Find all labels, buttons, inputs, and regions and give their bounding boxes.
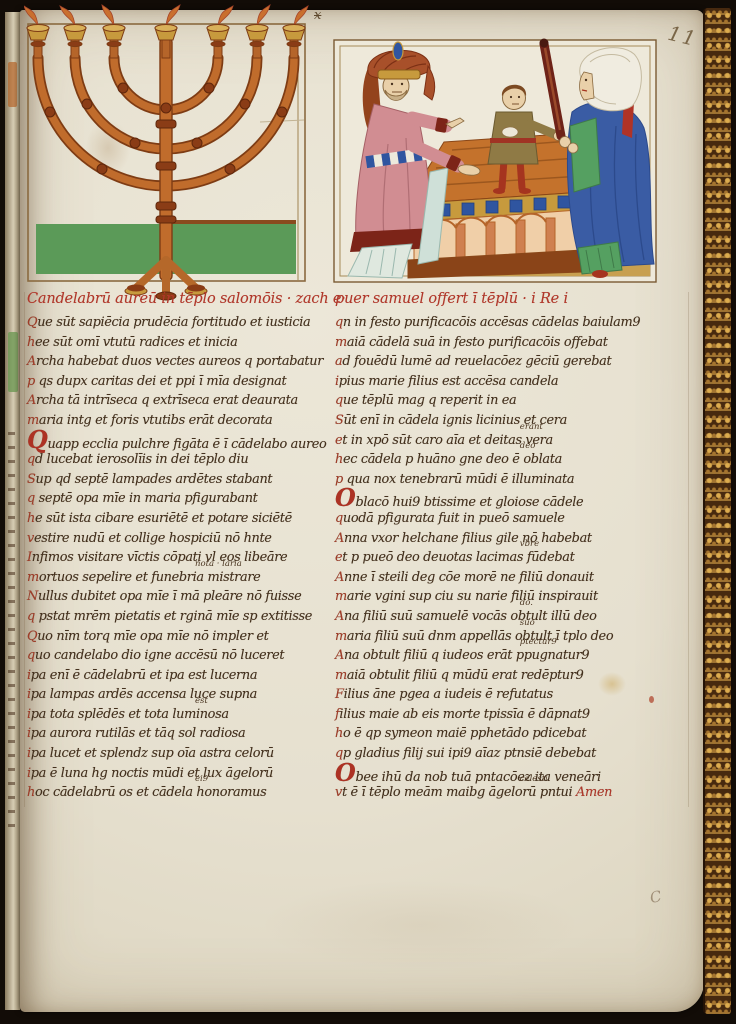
- text-line: Que sūt sapiēcia prudēcia fortitudo et i…: [27, 313, 327, 333]
- text-line: Archa habebat duos vectes aureos q porta…: [27, 352, 327, 372]
- interlinear-gloss: suo: [520, 619, 535, 627]
- ruling-line-left: [24, 292, 25, 807]
- interlinear-gloss: vbre: [520, 540, 539, 548]
- interlinear-gloss: erant: [520, 423, 543, 431]
- text-line: marie vgini sup ciu su narie filiū inspi…: [335, 587, 665, 607]
- text-line: Oblacō hui9 btissime et gloiose cādele: [335, 489, 665, 509]
- text-line: quodā pfigurata fuit in pueō samuele: [335, 509, 665, 529]
- rubric-left: Candelabrū aureū in tēplo salomōis · zac…: [27, 291, 346, 307]
- text-line: Ana filiū suū samuelē vocās obtult illū …: [335, 607, 665, 627]
- text-line: hee sūt omī vtutū radices et inicia: [27, 333, 327, 353]
- text-line: Nullus dubitet opa mīe ī mā pleāre nō fu…: [27, 587, 327, 607]
- text-line: quo candelabo dio igne accēsū nō luceret: [27, 646, 327, 666]
- text-line: qd lucebat ierosolīis in dei tēplo diu: [27, 450, 327, 470]
- text-line: q septē opa mīe in maria pfigurabant: [27, 489, 327, 509]
- text-line: ho ē qp symeon maiē pphetādo pdicebat: [335, 724, 665, 744]
- text-line: Sūt enī in cādela ignis licinius et cera: [335, 411, 665, 431]
- menorah-shaft: [160, 38, 172, 280]
- text-line: ad fouēdū lumē ad reuelacōez gēciū gereb…: [335, 352, 665, 372]
- interlinear-gloss: deo: [520, 442, 536, 450]
- manuscript-photo: C 11 x: [0, 0, 736, 1024]
- interlinear-gloss: ptectur9: [520, 638, 557, 646]
- text-line: ipa aurora rutilās et tāq sol radiosa: [27, 724, 327, 744]
- text-line: he sūt ista cibare esuriētē et potare si…: [27, 509, 327, 529]
- ruling-line-right: [688, 292, 689, 807]
- text-line: ipa lampas ardēs accensa luce supna: [27, 685, 327, 705]
- text-line: mortuos sepelire et funebria mistrarenot…: [27, 568, 327, 588]
- interlinear-gloss: est: [195, 697, 208, 705]
- text-line: Sup qd septē lampades ardētes stabant: [27, 470, 327, 490]
- text-line: Filius āne pgea a iudeis ē refutatus: [335, 685, 665, 705]
- text-line: vestire nudū et collige hospiciū nō hnte: [27, 529, 327, 549]
- interlinear-gloss: nota · laria: [195, 560, 242, 568]
- interlinear-gloss: ei9: [195, 775, 208, 783]
- bottom-stain: [260, 880, 580, 970]
- text-line: hec cādela p huāno gne deo ē oblatadeo: [335, 450, 665, 470]
- text-line: maria intg et foris vtutibs erāt decorat…: [27, 411, 327, 431]
- facing-page-orange-mark: [8, 62, 17, 107]
- text-line: hoc cādelabrū os et cādela honoramusei9: [27, 783, 327, 803]
- text-line: Infimos visitare vīctis cōpati vl eos li…: [27, 548, 327, 568]
- menorah-lamps: [24, 5, 308, 58]
- text-line: Quapp ecclia pulchre figāta ē ī cādelabo…: [27, 431, 327, 451]
- eli-hat-jewel: [393, 42, 403, 60]
- text-line: ipa lucet et splendz sup oīa astra celor…: [27, 744, 327, 764]
- text-line: p qs dupx caritas dei et ppi ī mīa desig…: [27, 372, 327, 392]
- hannah-shoe: [592, 270, 608, 278]
- menorah-miniature: [24, 2, 312, 302]
- text-line: et in xpō sūt caro aīa et deitas veraera…: [335, 431, 665, 451]
- text-line: filius maie ab eis morte tpissīa ē dāpna…: [335, 705, 665, 725]
- quire-mark: x: [314, 8, 321, 23]
- text-line: maiā obtulit filiū q mūdū erat redēptur9: [335, 666, 665, 686]
- facing-page-text-showthrough: [8, 432, 15, 832]
- gilt-book-edge: [703, 8, 733, 1014]
- text-line: qn in festo purificacōis accēsas cādelas…: [335, 313, 665, 333]
- facing-page-edge: [5, 12, 20, 1010]
- facing-page-green-mark: [8, 332, 18, 392]
- text-line: maria filiū suū dnm appellās obtult ī tp…: [335, 627, 665, 647]
- text-line: vt ē ī tēplo meām maibg āgelorū pntui Am…: [335, 783, 665, 803]
- text-line: Ana obtult filiū q iudeos erāt ppugnatur…: [335, 646, 665, 666]
- hannah-hand-2: [568, 143, 578, 153]
- right-text-column: qn in festo purificacōis accēsas cādelas…: [335, 313, 665, 803]
- text-line: ipa tota splēdēs et tota luminosaest: [27, 705, 327, 725]
- text-line: et p pueō deo deuotas lacimas fūdebatvbr…: [335, 548, 665, 568]
- text-line: ipa enī ē cādelabrū et ipa est lucerna: [27, 666, 327, 686]
- text-line: Archa tā intrīseca q extrīseca erat deau…: [27, 391, 327, 411]
- text-line: Anne ī steili deg cōe morē ne filiū dona…: [335, 568, 665, 588]
- interlinear-gloss: celesti: [520, 775, 548, 783]
- text-line: Quo nīm torq mīe opa mīe nō impler et: [27, 627, 327, 647]
- text-line: que tēplū mag q reperit in ea: [335, 391, 665, 411]
- hannah-dress: [570, 118, 600, 192]
- text-line: ipa ē luna hg noctis mūdi et lux āgelorū: [27, 764, 327, 784]
- ground-edge: [164, 220, 296, 224]
- text-line: q pstat mrēm pietatis et rginā mīe sp ex…: [27, 607, 327, 627]
- text-line: qp gladius filij sui ipi9 aīaz ptnsiē de…: [335, 744, 665, 764]
- text-line: Anna vxor helchane filius gile nō habeba…: [335, 529, 665, 549]
- rubric-right: puer samuel offert ī tēplū · i Re i: [335, 291, 568, 307]
- eli-hat-band: [378, 70, 420, 79]
- interlinear-gloss: do.: [520, 599, 533, 607]
- presentation-miniature: [332, 34, 662, 286]
- samuel-belt: [490, 138, 536, 143]
- text-line: ipius marie filius est accēsa candela: [335, 372, 665, 392]
- text-line: maiā cādelā suā in festo purificacōis of…: [335, 333, 665, 353]
- hannah-face: [580, 72, 595, 100]
- text-line: p qua nox tenebrarū mūdi ē illuminata: [335, 470, 665, 490]
- text-line: Obee ihū da nob tuā pntacōez ita veneāri: [335, 764, 665, 784]
- left-text-column: Que sūt sapiēcia prudēcia fortitudo et i…: [27, 313, 327, 803]
